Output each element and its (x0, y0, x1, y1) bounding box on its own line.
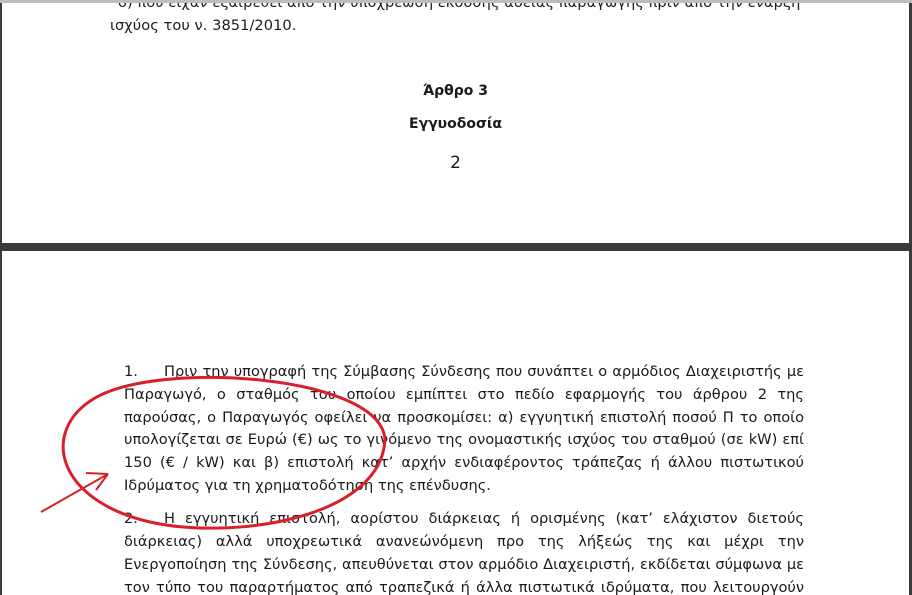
text-line: δ) που είχαν εξαιρεθεί από την υποχρέωση… (118, 3, 800, 11)
item-number: 1. (124, 363, 164, 380)
paragraph-1-line: Παραγωγό, ο σταθμός του οποίου εμπίπτει … (124, 386, 804, 403)
article-title: Άρθρο 3 (2, 83, 909, 99)
page-1: δ) που είχαν εξαιρεθεί από την υποχρέωση… (2, 3, 909, 243)
article-subtitle: Εγγυοδοσία (2, 116, 909, 132)
document-viewer: δ) που είχαν εξαιρεθεί από την υποχρέωση… (0, 0, 912, 595)
item-number: 2. (124, 510, 164, 527)
page-number: 2 (2, 153, 909, 173)
paragraph-1-line: υπολογίζεται σε Ευρώ (€) ως το γινόμενο … (124, 431, 804, 448)
text-line: ισχύος του ν. 3851/2010. (110, 17, 296, 34)
paragraph-1-line: Ιδρύματος για τη χρηματοδότηση της επένδ… (124, 477, 804, 494)
paragraph-1-line: παρούσας, ο Παραγωγός οφείλει να προσκομ… (124, 409, 804, 426)
paragraph-2-line: Ενεργοποίηση της Σύνδεσης, απευθύνεται σ… (124, 556, 804, 573)
paragraph-2-line: τον τύπο του παραρτήματος από τραπεζικά … (124, 579, 804, 595)
paragraph-1-line: 150 (€ / kW) και β) επιστολή κατ’ αρχήν … (124, 454, 804, 471)
paragraph-2-line: 2.Η εγγυητική επιστολή, αορίστου διάρκει… (124, 510, 804, 527)
paragraph-2-line: διάρκειας) αλλά υποχρεωτικά ανανεώνόμενη… (124, 533, 804, 550)
paragraph-1-line: 1.Πριν την υπογραφή της Σύμβασης Σύνδεση… (124, 363, 804, 380)
page-2: 1.Πριν την υπογραφή της Σύμβασης Σύνδεση… (2, 251, 909, 595)
